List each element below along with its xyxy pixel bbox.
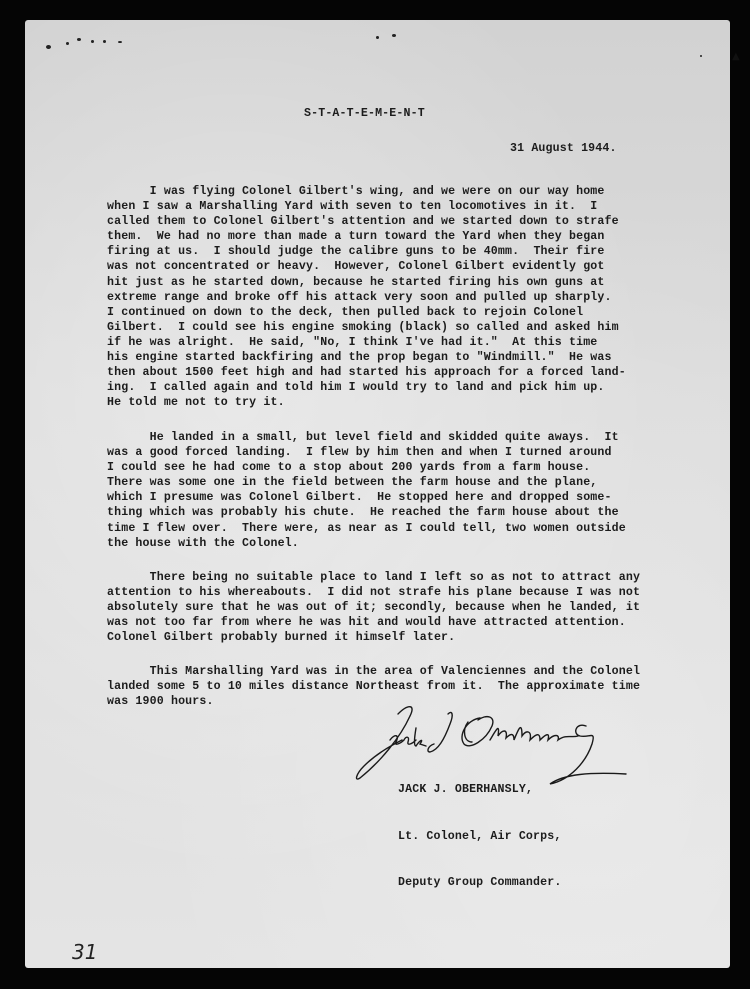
- signature-block: JACK J. OBERHANSLY, Lt. Colonel, Air Cor…: [398, 751, 561, 906]
- scan-speck: [46, 45, 51, 49]
- scan-speck: [118, 41, 122, 43]
- scan-speck: [700, 55, 702, 57]
- scan-speck: [77, 38, 81, 41]
- page-number: 31: [72, 940, 97, 964]
- scan-speck: [376, 36, 379, 39]
- paragraph-2: He landed in a small, but level field an…: [107, 430, 626, 551]
- scan-speck: [66, 42, 69, 45]
- signer-position: Deputy Group Commander.: [398, 875, 561, 891]
- signer-rank: Lt. Colonel, Air Corps,: [398, 829, 561, 845]
- scan-speck: [91, 40, 94, 43]
- paragraph-1: I was flying Colonel Gilbert's wing, and…: [107, 184, 626, 410]
- scan-speck: [103, 40, 106, 43]
- document-title: S-T-A-T-E-M-E-N-T: [304, 106, 425, 121]
- scan-speck: [392, 34, 396, 37]
- signer-name: JACK J. OBERHANSLY,: [398, 782, 561, 798]
- corner-mark: ▲: [732, 51, 740, 62]
- document-date: 31 August 1944.: [510, 141, 617, 156]
- paragraph-3: There being no suitable place to land I …: [107, 570, 640, 645]
